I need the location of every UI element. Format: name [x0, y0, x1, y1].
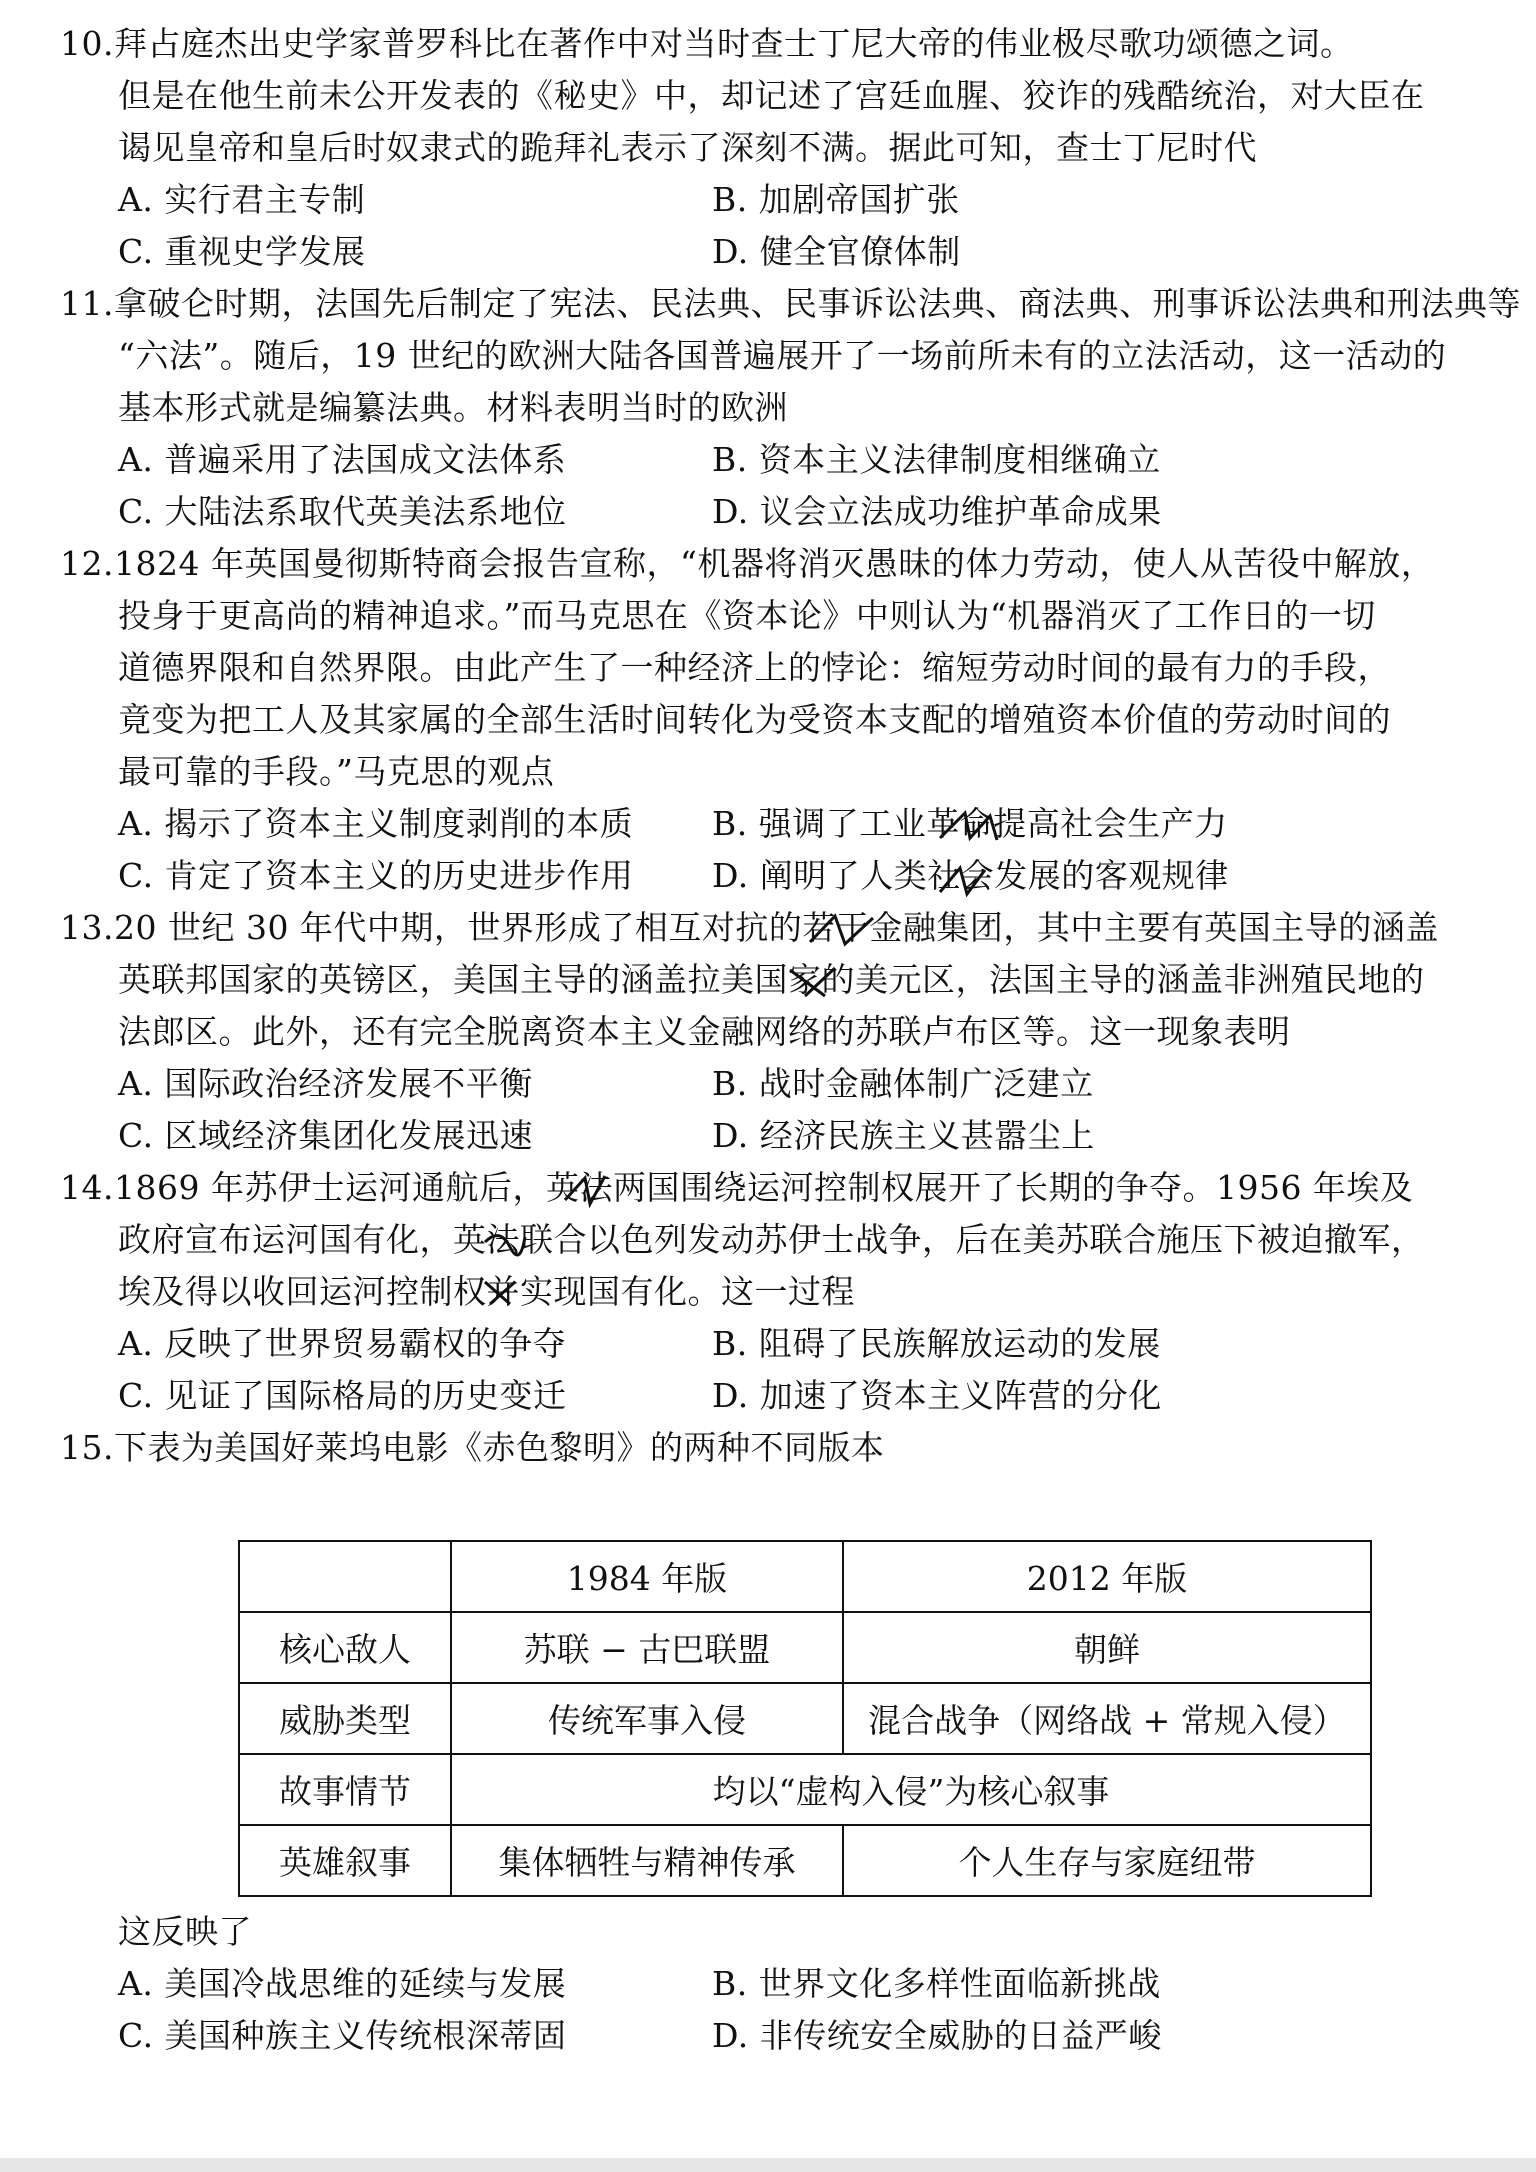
option-b[interactable]: B. 世界文化多样性面临新挑战	[712, 1964, 1161, 2004]
row-label: 故事情节	[239, 1754, 451, 1825]
table-header-cell	[239, 1541, 451, 1612]
table-cell: 朝鲜	[843, 1612, 1371, 1683]
option-d[interactable]: D. 议会立法成功维护革命成果	[712, 492, 1162, 532]
option-c[interactable]: C. 见证了国际格局的历史变迁	[118, 1376, 567, 1416]
table-cell: 传统军事入侵	[451, 1683, 843, 1754]
option-c[interactable]: C. 重视史学发展	[118, 232, 366, 272]
question-stem-line: 14.1869 年苏伊士运河通航后，英法两国围绕运河控制权展开了长期的争夺。19…	[60, 1168, 1413, 1208]
question-number: 12.	[60, 544, 114, 584]
table-row: 威胁类型 传统军事入侵 混合战争（网络战 + 常规入侵）	[239, 1683, 1371, 1754]
option-d[interactable]: D. 健全官僚体制	[712, 232, 961, 272]
film-version-comparison-table: 1984 年版 2012 年版 核心敌人 苏联 − 古巴联盟 朝鲜 威胁类型 传…	[238, 1540, 1372, 1897]
question-stem-line: 埃及得以收回运河控制权并实现国有化。这一过程	[118, 1272, 855, 1312]
option-c[interactable]: C. 大陆法系取代英美法系地位	[118, 492, 567, 532]
option-a[interactable]: A. 反映了世界贸易霸权的争夺	[118, 1324, 566, 1364]
question-stem-line: 法郎区。此外，还有完全脱离资本主义金融网络的苏联卢布区等。这一现象表明	[118, 1012, 1291, 1052]
question-stem-line: 15.下表为美国好莱坞电影《赤色黎明》的两种不同版本	[60, 1428, 884, 1468]
page-bottom-edge	[0, 2158, 1536, 2172]
table-header-cell: 2012 年版	[843, 1541, 1371, 1612]
table-row: 故事情节 均以“虚构入侵”为核心叙事	[239, 1754, 1371, 1825]
question-stem-line: 政府宣布运河国有化，英法联合以色列发动苏伊士战争，后在美苏联合施压下被迫撤军，	[118, 1220, 1425, 1260]
option-c[interactable]: C. 肯定了资本主义的历史进步作用	[118, 856, 634, 896]
table-header-cell: 1984 年版	[451, 1541, 843, 1612]
question-stem-line: 最可靠的手段。”马克思的观点	[118, 752, 554, 792]
question-stem-line: 12.1824 年英国曼彻斯特商会报告宣称，“机器将消灭愚昧的体力劳动，使人从苦…	[60, 544, 1434, 584]
table-row: 英雄叙事 集体牺牲与精神传承 个人生存与家庭纽带	[239, 1825, 1371, 1896]
question-stem-line: 投身于更高尚的精神追求。”而马克思在《资本论》中则认为“机器消灭了工作日的一切	[118, 596, 1376, 636]
option-a[interactable]: A. 揭示了资本主义制度剥削的本质	[118, 804, 633, 844]
row-label: 核心敌人	[239, 1612, 451, 1683]
question-stem-line: 道德界限和自然界限。由此产生了一种经济上的悖论：缩短劳动时间的最有力的手段，	[118, 648, 1391, 688]
question-stem-line: 竟变为把工人及其家属的全部生活时间转化为受资本支配的增殖资本价值的劳动时间的	[118, 700, 1391, 740]
option-a[interactable]: A. 国际政治经济发展不平衡	[118, 1064, 533, 1104]
question-stem-line: 谒见皇帝和皇后时奴隶式的跪拜礼表示了深刻不满。据此可知，查士丁尼时代	[118, 128, 1257, 168]
question-stem-line: 11.拿破仑时期，法国先后制定了宪法、民法典、民事诉讼法典、商法典、刑事诉讼法典…	[60, 284, 1521, 324]
table-merged-cell: 均以“虚构入侵”为核心叙事	[451, 1754, 1371, 1825]
option-c[interactable]: C. 美国种族主义传统根深蒂固	[118, 2016, 567, 2056]
question-stem-line: 英联邦国家的英镑区，美国主导的涵盖拉美国家的美元区，法国主导的涵盖非洲殖民地的	[118, 960, 1425, 1000]
option-a[interactable]: A. 普遍采用了法国成文法体系	[118, 440, 566, 480]
question-number: 13.	[60, 908, 114, 948]
option-b[interactable]: B. 强调了工业革命提高社会生产力	[712, 804, 1228, 844]
question-number: 15.	[60, 1428, 114, 1468]
question-number: 11.	[60, 284, 114, 324]
table-cell: 集体牺牲与精神传承	[451, 1825, 843, 1896]
question-stem-line: “六法”。随后，19 世纪的欧洲大陆各国普遍展开了一场前所未有的立法活动，这一活…	[118, 336, 1446, 376]
question-number: 14.	[60, 1168, 114, 1208]
question-number: 10.	[60, 24, 114, 64]
question-stem-line: 基本形式就是编纂法典。材料表明当时的欧洲	[118, 388, 788, 428]
option-a[interactable]: A. 实行君主专制	[118, 180, 365, 220]
row-label: 英雄叙事	[239, 1825, 451, 1896]
table-cell: 混合战争（网络战 + 常规入侵）	[843, 1683, 1371, 1754]
option-b[interactable]: B. 阻碍了民族解放运动的发展	[712, 1324, 1161, 1364]
question-stem-line: 10.拜占庭杰出史学家普罗科比在著作中对当时查士丁尼大帝的伟业极尽歌功颂德之词。	[60, 24, 1353, 64]
option-b[interactable]: B. 资本主义法律制度相继确立	[712, 440, 1161, 480]
option-d[interactable]: D. 非传统安全威胁的日益严峻	[712, 2016, 1162, 2056]
option-d[interactable]: D. 经济民族主义甚嚣尘上	[712, 1116, 1095, 1156]
question-stem-line: 但是在他生前未公开发表的《秘史》中，却记述了宫廷血腥、狡诈的残酷统治，对大臣在	[118, 76, 1425, 116]
option-a[interactable]: A. 美国冷战思维的延续与发展	[118, 1964, 566, 2004]
option-b[interactable]: B. 加剧帝国扩张	[712, 180, 960, 220]
table-header-row: 1984 年版 2012 年版	[239, 1541, 1371, 1612]
table-row: 核心敌人 苏联 − 古巴联盟 朝鲜	[239, 1612, 1371, 1683]
row-label: 威胁类型	[239, 1683, 451, 1754]
question-stem-line: 这反映了	[118, 1912, 252, 1952]
option-c[interactable]: C. 区域经济集团化发展迅速	[118, 1116, 533, 1156]
exam-page: 10.拜占庭杰出史学家普罗科比在著作中对当时查士丁尼大帝的伟业极尽歌功颂德之词。…	[0, 0, 1536, 2172]
option-d[interactable]: D. 加速了资本主义阵营的分化	[712, 1376, 1162, 1416]
table-cell: 苏联 − 古巴联盟	[451, 1612, 843, 1683]
option-b[interactable]: B. 战时金融体制广泛建立	[712, 1064, 1094, 1104]
question-stem-line: 13.20 世纪 30 年代中期，世界形成了相互对抗的若干金融集团，其中主要有英…	[60, 908, 1439, 948]
option-d[interactable]: D. 阐明了人类社会发展的客观规律	[712, 856, 1229, 896]
table-cell: 个人生存与家庭纽带	[843, 1825, 1371, 1896]
